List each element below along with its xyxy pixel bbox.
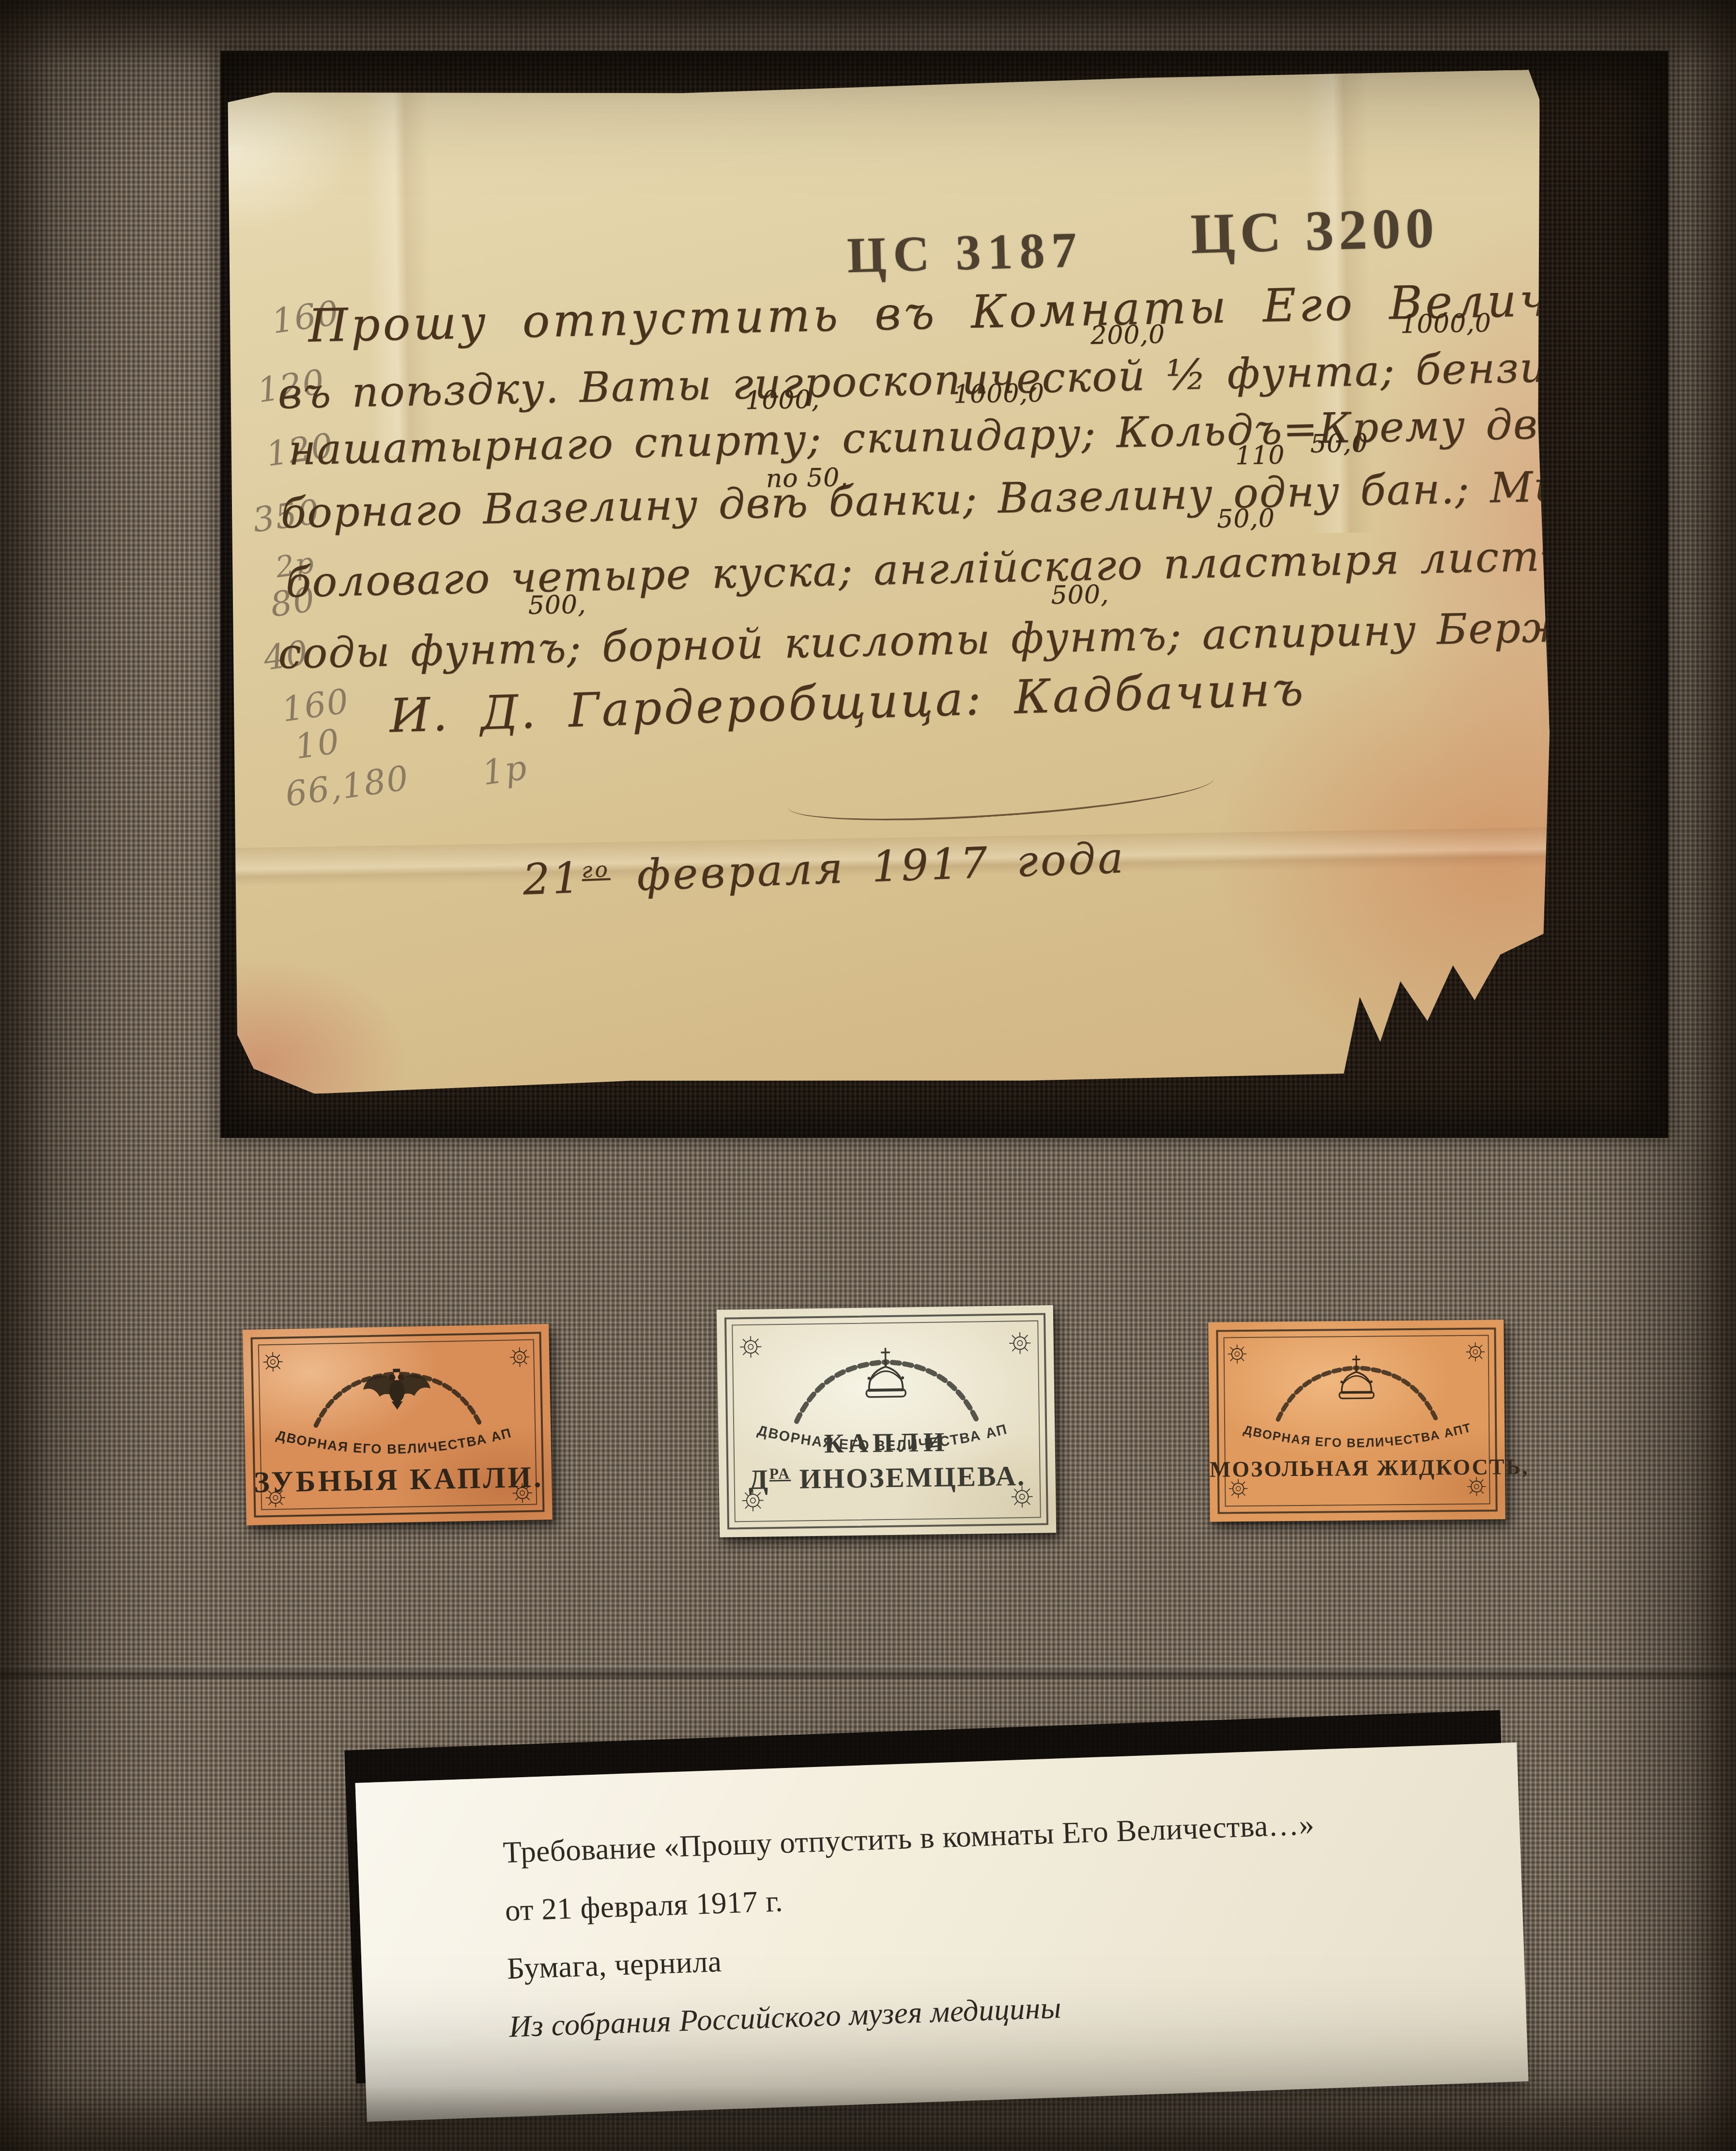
margin-sum: 160	[279, 681, 352, 729]
caption-card: Требование «Прошу отпустить в комнаты Ег…	[355, 1742, 1529, 2121]
corner-ornament-icon	[1467, 1477, 1486, 1496]
date-line: 21го февраля 1917 года	[522, 832, 1127, 905]
pharmacy-label-corn-liquid: ПРИДВОРНАЯ ЕГО ВЕЛИЧЕСТВА АПТЕКА МОЗОЛЬН…	[1208, 1320, 1506, 1521]
date-day: 21	[522, 853, 583, 905]
museum-display-photo: ЦС 3187 ЦС 3200 160 120 120 350 2р 80 40…	[0, 0, 1736, 2151]
caption-date: от 21 февраля 1917 г.	[505, 1883, 784, 1928]
margin-sum: 66,180	[283, 758, 412, 814]
ink-annotation: 1000,0	[953, 379, 1045, 409]
label-product-name: ЗУБНЫЯ КАПЛИ.	[246, 1460, 552, 1500]
eagle-emblem-icon	[363, 1368, 431, 1410]
ink-annotation: 1000,	[745, 385, 820, 415]
corner-ornament-icon	[740, 1336, 762, 1358]
margin-sum: 1р	[480, 747, 530, 793]
ink-annotation: 500,	[528, 590, 586, 620]
caption-title: Требование «Прошу отпустить в комнаты Ег…	[502, 1807, 1315, 1870]
label-product-name: КАПЛИ	[718, 1425, 1055, 1461]
crown-emblem-icon	[866, 1348, 906, 1397]
ink-annotation: 50,0	[1217, 504, 1275, 534]
doctor-abbrev: Д	[748, 1463, 769, 1495]
corner-ornament-icon	[1228, 1344, 1246, 1363]
corner-ornament-icon	[1229, 1479, 1248, 1498]
stamp-number-right: ЦС 3200	[1190, 195, 1440, 267]
corner-ornament-icon	[510, 1347, 530, 1367]
doctor-name: ИНОЗЕМЦЕВА.	[791, 1460, 1026, 1495]
label-product-name: ДРА ИНОЗЕМЦЕВА.	[719, 1459, 1056, 1496]
pharmacy-label-tooth-drops: ПРИДВОРНАЯ ЕГО ВЕЛИЧЕСТВА АПТЕКА ЗУБНЫЯ …	[243, 1324, 553, 1525]
fabric-panel-seam	[0, 1665, 1736, 1679]
caption-materials: Бумага, чернила	[507, 1944, 722, 1986]
date-rest: февраля 1917 года	[609, 832, 1126, 901]
label-product-name: МОЗОЛЬНАЯ ЖИДКОСТЬ,	[1210, 1454, 1505, 1482]
label-arc-text: ПРИДВОРНАЯ ЕГО ВЕЛИЧЕСТВА АПТЕКА	[1208, 1320, 1473, 1451]
ink-annotation: 200,0	[1091, 320, 1166, 350]
date-suffix: го	[581, 857, 611, 883]
ink-annotation: 110	[1235, 441, 1285, 471]
pharmacy-label-inozemtsev-drops: ПРИДВОРНАЯ ЕГО ВЕЛИЧЕСТВА АПТЕКА КАПЛИ Д…	[717, 1305, 1056, 1537]
margin-sum: 10	[292, 722, 342, 767]
manuscript-line: соды фунтъ; борной кислоты фунтъ; аспири…	[277, 599, 1736, 678]
signature-flourish	[787, 756, 1215, 831]
manuscript-line: борнаго Вазелину двѣ банки; Вазелину одн…	[280, 459, 1736, 538]
manuscript-line: боловаго четыре куска; англійскаго пласт…	[285, 531, 1583, 607]
ink-annotation: 1000,0	[1400, 308, 1491, 339]
signature-line: И. Д. Гардеробщица: Кадбачинъ	[389, 661, 1306, 743]
caption-provenance: Из собрания Российского музея медицины	[508, 1990, 1062, 2045]
svg-text:ПРИДВОРНАЯ ЕГО ВЕЛИЧЕСТВА АПТЕ: ПРИДВОРНАЯ ЕГО ВЕЛИЧЕСТВА АПТЕКА	[1208, 1320, 1473, 1451]
crown-emblem-icon	[1339, 1355, 1374, 1398]
requisition-document: ЦС 3187 ЦС 3200 160 120 120 350 2р 80 40…	[220, 70, 1555, 1095]
stamp-number-left: ЦС 3187	[846, 221, 1084, 284]
ink-annotation: 50,0	[1310, 429, 1368, 459]
corner-ornament-icon	[1009, 1332, 1031, 1354]
ink-annotation: 500,	[1051, 580, 1109, 610]
corner-ornament-icon	[1466, 1342, 1485, 1361]
manuscript-line: Прошу отпустить въ Комнаты Его Величеств…	[307, 271, 1715, 353]
doctor-abbrev-sup: РА	[769, 1465, 791, 1482]
corner-ornament-icon	[263, 1352, 283, 1372]
ink-annotation: по 50,	[766, 463, 848, 493]
